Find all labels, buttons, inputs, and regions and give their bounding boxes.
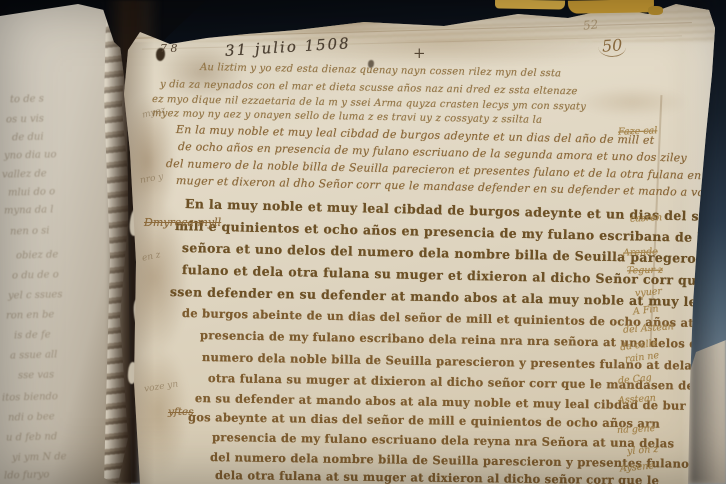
margin-note: Faze cal [618, 125, 658, 137]
left-page-line: mlui do o [8, 186, 55, 198]
left-page-line: de dui [12, 132, 44, 144]
left-page-line: yel c ssues [8, 289, 63, 301]
photo-scene: to de s os u vis de dui yno dia uo valle… [0, 0, 726, 484]
left-page-line: a ssue all [10, 349, 58, 361]
margin-note: Tegur z [627, 265, 663, 277]
left-page-line: is de fe [14, 330, 51, 342]
left-page-line: nen o si [10, 225, 50, 237]
top-scribble: 7 8 [160, 42, 178, 55]
left-page-line: vallez de [2, 168, 47, 180]
left-page-line: ron en be [6, 309, 55, 321]
margin-note: na gene [617, 423, 656, 436]
struck-word: Dmyreca myll [144, 216, 221, 229]
left-page-line: yno dia uo [4, 149, 57, 161]
left-page-line: to de s [10, 94, 44, 106]
left-page-line: u d feb nd [6, 431, 58, 443]
left-page-line: itos biendo [2, 391, 58, 403]
struck-word: yftes [168, 406, 194, 418]
left-page-line: ndi o bee [8, 411, 55, 423]
faint-folio-number: 52 [582, 17, 599, 33]
left-page-line: o du de o [12, 269, 59, 281]
left-page-line: os u vis [6, 114, 44, 126]
left-page-line: myna da l [4, 204, 54, 216]
right-page: 7 8 31 julio 1508 + 52 50 Au liztim y yo… [112, 2, 718, 484]
cross-mark: + [413, 44, 426, 62]
damaged-edge-fragment [495, 0, 565, 10]
margin-note: casren [630, 212, 663, 225]
left-page-line: obiez de [16, 249, 59, 261]
margin-note: yl on z [627, 444, 659, 457]
damaged-edge-fragment [568, 0, 654, 14]
left-page-line: ldo furyo [4, 469, 50, 481]
margin-note: Arende [623, 246, 658, 258]
left-page-line: sse vas [18, 370, 54, 382]
damaged-edge-fragment [648, 6, 663, 15]
left-page-line: yi ym N de [12, 451, 67, 463]
margin-note: vyuer [635, 286, 663, 299]
